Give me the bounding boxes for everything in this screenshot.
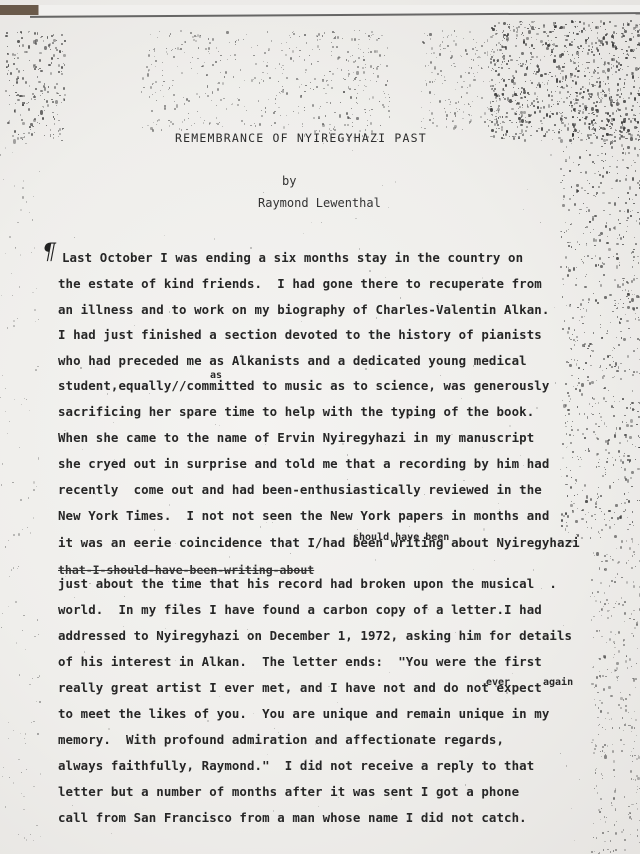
struck-through-line: that-I-should-have-been-writing-about — [58, 563, 314, 577]
scanned-document-page: REMEMBRANCE OF NYIREGYHAZI PAST by Raymo… — [0, 0, 640, 854]
document-line: I had just finished a section devoted to… — [58, 327, 542, 342]
document-line: call from San Francisco from a man whose… — [58, 810, 527, 825]
document-line: addressed to Nyiregyhazi on December 1, … — [58, 628, 572, 643]
document-line: just about the time that his record had … — [58, 576, 557, 591]
document-line: it was an eerie coincidence that I/had b… — [58, 535, 580, 550]
document-line: letter but a number of months after it w… — [58, 784, 519, 799]
document-line: the estate of kind friends. I had gone t… — [58, 276, 542, 291]
document-title: REMEMBRANCE OF NYIREGYHAZI PAST — [175, 131, 427, 145]
insertion-as: as — [210, 370, 222, 381]
document-line: Last October I was ending a six months s… — [62, 250, 523, 265]
insertion-ever: ever — [486, 677, 510, 688]
paragraph-mark-icon: ¶ — [42, 242, 56, 264]
document-line: memory. With profound admiration and aff… — [58, 732, 504, 747]
document-byline: by — [282, 174, 296, 188]
document-line: she cryed out in surprise and told me th… — [58, 456, 549, 471]
document-line: always faithfully, Raymond." I did not r… — [58, 758, 534, 773]
document-line: When she came to the name of Ervin Nyire… — [58, 430, 534, 445]
document-line: student,equally//committed to music as t… — [58, 378, 549, 393]
document-line: who had preceded me as Alkanists and a d… — [58, 353, 527, 368]
document-line: sacrificing her spare time to help with … — [58, 404, 534, 419]
document-line: New York Times. I not not seen the New Y… — [58, 508, 549, 523]
document-author: Raymond Lewenthal — [258, 196, 381, 210]
insertion-again: again — [543, 677, 573, 688]
document-line: recently come out and had been-enthusias… — [58, 482, 542, 497]
document-line: of his interest in Alkan. The letter end… — [58, 654, 542, 669]
document-line: an illness and to work on my biography o… — [58, 302, 549, 317]
insertion-should-have-been: should have been — [353, 532, 449, 543]
document-line: to meet the likes of you. You are unique… — [58, 706, 549, 721]
document-line: really great artist I ever met, and I ha… — [58, 680, 542, 695]
document-line: world. In my files I have found a carbon… — [58, 602, 542, 617]
